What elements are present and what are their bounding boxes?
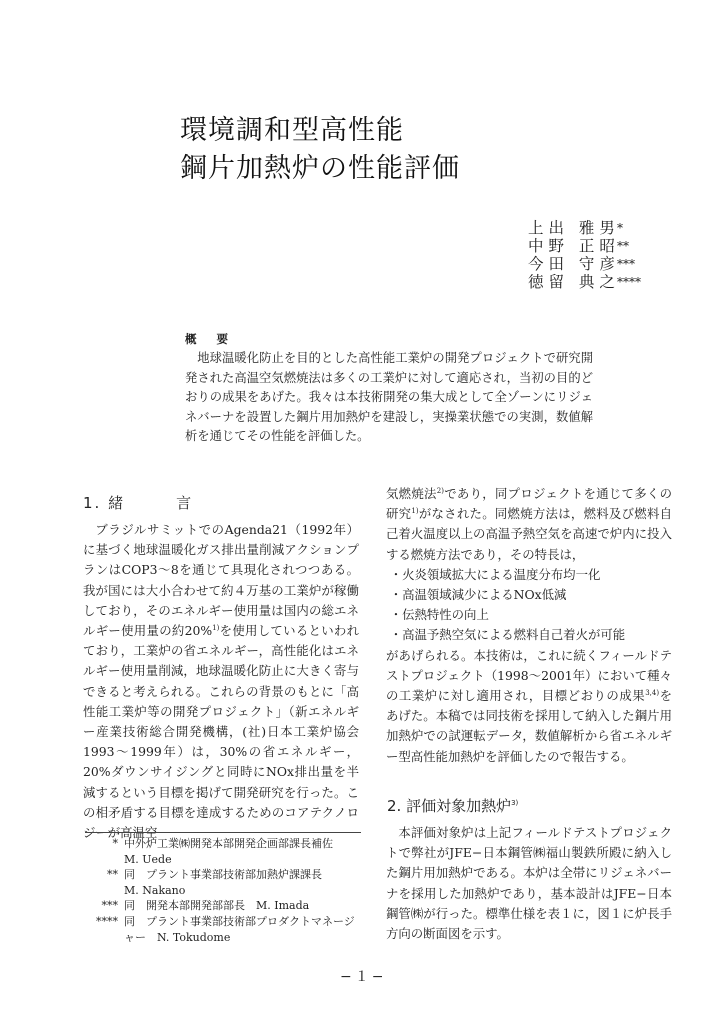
footnote-mark: *: [80, 836, 124, 852]
left-column: ブラジルサミットでのAgenda21（1992年）に基づく地球温暖化ガス排出量削…: [83, 520, 359, 843]
intro-paragraph: ブラジルサミットでのAgenda21（1992年）に基づく地球温暖化ガス排出量削…: [83, 520, 359, 843]
citation-ref: 1): [411, 507, 418, 515]
footnote: *中外炉工業㈱開発本部開発企画部課長補佐: [80, 836, 370, 852]
footnote: **同 プラント事業部技術部加熱炉課課長: [80, 867, 370, 883]
text: があげられる。本技術は，これに続くフィールドテストプロジェクト（1998〜200…: [386, 648, 672, 703]
footnote-divider: [85, 832, 361, 833]
author-name: 徳留 典之: [528, 273, 620, 291]
footnote: ャー N. Tokudome: [80, 930, 370, 946]
section-2-heading-text: 2. 評価対象加熱炉: [387, 797, 511, 815]
intro-text-2: を使用しているといわれており，工業炉の省エネルギー，高性能化はエネルギー使用量削…: [83, 623, 359, 840]
feature-bullet: ・伝熱特性の向上: [386, 605, 672, 625]
footnote-mark: [80, 930, 124, 946]
author-name: 中野 正昭: [528, 237, 620, 255]
section-1-heading: 1. 緒 言: [83, 492, 193, 513]
section-2-paragraph: 本評価対象炉は上記フィールドテストプロジェクトで弊社がJFE−日本鋼管㈱福山製鉄…: [386, 823, 672, 944]
abstract-text: 地球温暖化防止を目的とした高性能工業炉の開発プロジェクトで研究開発された高温空気…: [185, 349, 593, 447]
footnotes: *中外炉工業㈱開発本部開発企画部課長補佐 M. Uede **同 プラント事業部…: [80, 836, 370, 945]
author-mark: ****: [617, 275, 641, 289]
footnote-mark: **: [80, 867, 124, 883]
footnote-text: 中外炉工業㈱開発本部開発企画部課長補佐: [124, 836, 370, 852]
footnote-text: M. Uede: [124, 852, 370, 868]
right-column: 気燃焼法2)であり，同プロジェクトを通じて多くの研究1)がなされた。同燃焼方法は…: [386, 484, 672, 767]
footnote-text: 同 プラント事業部技術部プロダクトマネージ: [124, 914, 370, 930]
title-line-1: 環境調和型高性能: [180, 108, 404, 147]
footnote: ****同 プラント事業部技術部プロダクトマネージ: [80, 914, 370, 930]
citation-ref: 3,4): [645, 689, 659, 697]
author-4: 徳留 典之****: [528, 273, 641, 291]
footnote-mark: [80, 852, 124, 868]
footnote-text: 同 プラント事業部技術部加熱炉課課長: [124, 867, 370, 883]
footnote-text: M. Nakano: [124, 883, 370, 899]
citation-ref: 3): [511, 799, 518, 807]
author-mark: **: [617, 239, 629, 253]
footnote: ***同 開発本部開発部部長 M. Imada: [80, 898, 370, 914]
title-line-2: 鋼片加熱炉の性能評価: [180, 146, 460, 185]
text: 気燃焼法: [386, 486, 437, 501]
author-mark: *: [617, 221, 623, 235]
footnote-mark: ***: [80, 898, 124, 914]
feature-bullet: ・高温予熱空気による燃料自己着火が可能: [386, 625, 672, 645]
intro-paragraph-conclusion: があげられる。本技術は，これに続くフィールドテストプロジェクト（1998〜200…: [386, 646, 672, 767]
citation-ref: 2): [437, 487, 444, 495]
author-mark: ***: [617, 257, 635, 271]
text: がなされた。同燃焼方法は，燃料及び燃料自己着火温度以上の高温予熱空気を高速で炉内…: [386, 506, 672, 561]
footnote-text: ャー N. Tokudome: [124, 930, 370, 946]
author-name: 今田 守彦: [528, 255, 620, 273]
footnote: M. Uede: [80, 852, 370, 868]
feature-bullet: ・高温領域減少によるNOx低減: [386, 585, 672, 605]
author-1: 上出 雅男*: [528, 219, 641, 237]
footnote-text: 同 開発本部開発部部長 M. Imada: [124, 898, 370, 914]
intro-paragraph-continued: 気燃焼法2)であり，同プロジェクトを通じて多くの研究1)がなされた。同燃焼方法は…: [386, 484, 672, 565]
abstract-heading: 概 要: [185, 331, 236, 347]
footnote: M. Nakano: [80, 883, 370, 899]
author-list: 上出 雅男* 中野 正昭** 今田 守彦*** 徳留 典之****: [528, 219, 641, 291]
section-2-heading: 2. 評価対象加熱炉3): [387, 795, 518, 816]
author-3: 今田 守彦***: [528, 255, 641, 273]
footnote-mark: ****: [80, 914, 124, 930]
intro-text-1: ブラジルサミットでのAgenda21（1992年）に基づく地球温暖化ガス排出量削…: [83, 522, 359, 638]
feature-bullet: ・火炎領域拡大による温度分布均一化: [386, 565, 672, 585]
footnote-mark: [80, 883, 124, 899]
page-number: −１−: [340, 966, 386, 986]
author-2: 中野 正昭**: [528, 237, 641, 255]
author-name: 上出 雅男: [528, 219, 620, 237]
